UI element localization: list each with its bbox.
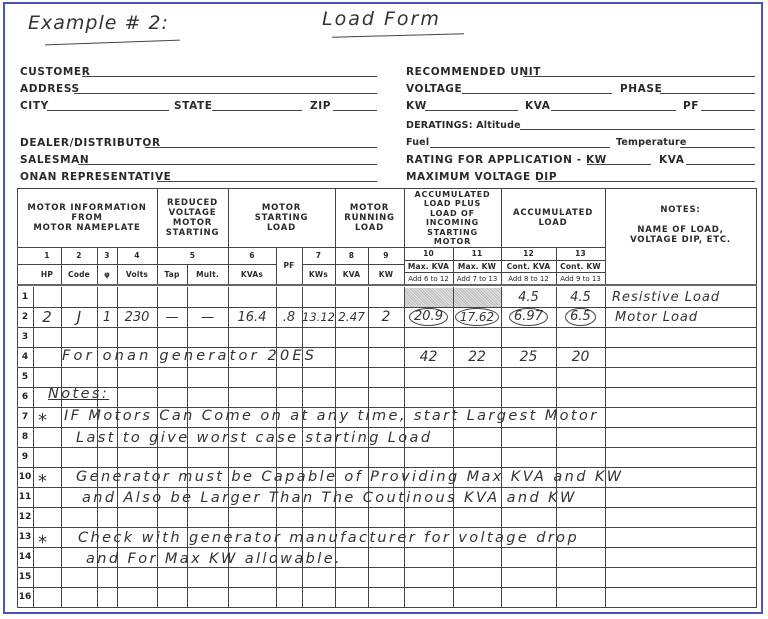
colnum-12: 12 <box>501 248 556 260</box>
pf-header: PF <box>276 248 302 284</box>
dealer-field[interactable] <box>145 147 377 148</box>
r2-mult: — <box>187 307 228 327</box>
customer-field[interactable] <box>82 76 377 77</box>
row-line-15 <box>17 587 757 588</box>
pf-label: PF <box>683 100 699 112</box>
address-label: ADDRESS <box>20 83 80 95</box>
col-phase: φ <box>97 265 117 284</box>
header-bottom-double <box>17 284 757 286</box>
hv-335 <box>335 188 336 284</box>
hv-228 <box>228 188 229 284</box>
note-1-star: * <box>38 410 49 431</box>
hv-157 <box>157 188 158 284</box>
rating-label: RATING FOR APPLICATION - KW <box>406 154 607 166</box>
city-field[interactable] <box>47 110 169 111</box>
formula-12: Add 8 to 12 <box>501 273 556 284</box>
r2-pf: .8 <box>276 307 302 327</box>
hv-501 <box>501 188 502 284</box>
notes-heading: Notes: <box>48 386 109 402</box>
form-title: Load Form <box>322 8 441 30</box>
group-notes: NOTES: NAME OF LOAD, VOLTAGE DIP, ETC. <box>605 195 756 255</box>
altitude-field[interactable] <box>520 129 755 130</box>
colnum-9: 9 <box>368 248 404 264</box>
col-run-kw: KW <box>368 265 404 284</box>
formula-13: Add 9 to 13 <box>556 273 605 284</box>
colnum-11: 11 <box>453 248 501 260</box>
hv-556 <box>556 247 557 284</box>
hv-368 <box>368 247 369 284</box>
colnum-13: 13 <box>556 248 605 260</box>
r2-max-kva: 20.9 <box>409 308 448 326</box>
kva-field[interactable] <box>551 110 676 111</box>
r2-note: Motor Load <box>615 307 756 327</box>
r4-max-kva: 42 <box>404 347 453 367</box>
formula-11: Add 7 to 13 <box>453 273 501 284</box>
row-line-5 <box>17 387 757 388</box>
group-accum-plus-incoming: ACCUMULATED LOAD PLUS LOAD OF INCOMING S… <box>404 190 501 246</box>
hatched-cell-max-kva <box>405 288 453 307</box>
r4-max-kw: 22 <box>453 347 501 367</box>
temperature-field[interactable] <box>680 147 755 148</box>
row-line-2 <box>17 327 757 328</box>
row-line-7 <box>17 427 757 428</box>
note-3-star: * <box>38 532 49 553</box>
example-title: Example # 2: <box>28 12 169 34</box>
dealer-label: DEALER/DISTRIBUTOR <box>20 137 161 149</box>
city-label: CITY <box>20 100 49 112</box>
onan-rep-label: ONAN REPRESENTATIVE <box>20 171 171 183</box>
r4-cont-kw: 20 <box>556 347 605 367</box>
r2-cont-kva-cell: 6.97 <box>501 307 556 327</box>
col-code: Code <box>61 265 97 284</box>
group-motor-starting: MOTOR STARTING LOAD <box>228 190 335 246</box>
table-bottom-border <box>17 607 757 608</box>
row-number: 1 <box>17 287 33 307</box>
kw-label: KW <box>406 100 427 112</box>
r2-kw: 2 <box>368 307 404 327</box>
colnum-5: 5 <box>157 248 228 264</box>
colnum-4: 4 <box>117 248 157 264</box>
address-field[interactable] <box>74 93 377 94</box>
col-max-kva: Max. KVA <box>404 261 453 272</box>
colnum-2: 2 <box>61 248 97 264</box>
r2-max-kva-cell: 20.9 <box>404 307 453 327</box>
hv-276 <box>276 247 277 284</box>
fuel-field[interactable] <box>430 147 610 148</box>
r2-kws: 13.12 <box>302 307 335 327</box>
formula-10: Add 6 to 12 <box>404 273 453 284</box>
row-number: 6 <box>17 387 33 407</box>
r4-generator-text: For onan generator 20ES <box>62 348 317 364</box>
note-3-line-1: Check with generator manufacturer for vo… <box>78 530 579 546</box>
hv-61 <box>61 247 62 284</box>
row-number: 9 <box>17 447 33 467</box>
row-number: 7 <box>17 407 33 427</box>
state-label: STATE <box>174 100 213 112</box>
table-top-border <box>17 188 757 189</box>
kva-label: KVA <box>525 100 550 112</box>
group-motor-running: MOTOR RUNNING LOAD <box>335 190 404 246</box>
note-3-line-2: and For Max KW allowable. <box>86 551 342 567</box>
col-kws: KWs <box>302 265 335 284</box>
col-run-kva: KVA <box>335 265 368 284</box>
row-number: 15 <box>17 567 33 587</box>
row-number: 5 <box>17 367 33 387</box>
r2-code: J <box>61 307 97 327</box>
deratings-label: DERATINGS: Altitude <box>406 120 521 131</box>
recommended-unit-label: RECOMMENDED UNIT <box>406 66 541 78</box>
group-accum-load: ACCUMULATED LOAD <box>501 190 605 246</box>
r2-hp: 2 <box>33 307 61 327</box>
hv-302 <box>302 247 303 284</box>
r2-volts: 230 <box>117 307 157 327</box>
r2-max-kw-cell: 17.62 <box>453 307 501 327</box>
row-number: 3 <box>17 327 33 347</box>
row-number: 2 <box>17 307 33 327</box>
max-dip-label: MAXIMUM VOLTAGE DIP <box>406 171 557 183</box>
customer-label: CUSTOMER <box>20 66 90 78</box>
r1-cont-kw: 4.5 <box>556 287 605 307</box>
hatched-cell-max-kw <box>454 288 501 307</box>
rating-kva-field[interactable] <box>686 164 755 165</box>
onan-rep-field[interactable] <box>157 181 377 182</box>
row-number: 11 <box>17 487 33 507</box>
r2-kva: 2.47 <box>335 307 368 327</box>
hv-404 <box>404 188 405 284</box>
colnum-6: 6 <box>228 248 276 264</box>
col-max-kw: Max. KW <box>453 261 501 272</box>
col-mult: Mult. <box>187 265 228 284</box>
row-line-9 <box>17 467 757 468</box>
colnum-8: 8 <box>335 248 368 264</box>
zip-field[interactable] <box>333 110 377 111</box>
col-hp: HP <box>33 265 61 284</box>
r2-cont-kva: 6.97 <box>509 308 548 326</box>
state-field[interactable] <box>212 110 302 111</box>
salesman-field[interactable] <box>78 164 377 165</box>
max-dip-field[interactable] <box>538 181 755 182</box>
colnum-1: 1 <box>33 248 61 264</box>
group-reduced-voltage: REDUCED VOLTAGE MOTOR STARTING <box>157 190 228 246</box>
fuel-label: Fuel <box>406 137 429 148</box>
table-right-border <box>756 188 757 607</box>
note-2-line-2: and Also be Larger Than The Coutinous KV… <box>82 490 577 506</box>
col-tap: Tap <box>157 265 187 284</box>
recommended-unit-field[interactable] <box>523 76 755 77</box>
r2-cont-kw-cell: 6.5 <box>556 307 605 327</box>
row-line-14 <box>17 567 757 568</box>
row-number: 13 <box>17 527 33 547</box>
row-line-4 <box>17 367 757 368</box>
r4-cont-kva: 25 <box>501 347 556 367</box>
zip-label: ZIP <box>310 100 331 112</box>
phase-label: PHASE <box>620 83 662 95</box>
row-number: 12 <box>17 507 33 527</box>
voltage-field[interactable] <box>462 93 612 94</box>
r1-cont-kva: 4.5 <box>501 287 556 307</box>
row-line-12 <box>17 527 757 528</box>
voltage-label: VOLTAGE <box>406 83 462 95</box>
phase-field[interactable] <box>660 93 755 94</box>
colnum-7: 7 <box>302 248 335 264</box>
row-line-10 <box>17 487 757 488</box>
colnum-3: 3 <box>97 248 117 264</box>
row-number: 16 <box>17 587 33 607</box>
hv-453 <box>453 247 454 284</box>
colnum-10: 10 <box>404 248 453 260</box>
r2-phase: 1 <box>97 307 117 327</box>
row-number: 14 <box>17 547 33 567</box>
row-line-8 <box>17 447 757 448</box>
note-2-star: * <box>38 471 49 492</box>
r2-max-kw: 17.62 <box>455 308 499 326</box>
row-number: 8 <box>17 427 33 447</box>
row-number: 10 <box>17 467 33 487</box>
col-volts: Volts <box>117 265 157 284</box>
row-line-11 <box>17 507 757 508</box>
rating-kw-field[interactable] <box>587 164 651 165</box>
kw-field[interactable] <box>425 110 518 111</box>
hv-97 <box>97 247 98 284</box>
hv-187 <box>187 264 188 284</box>
row-line-13 <box>17 547 757 548</box>
r2-tap: — <box>157 307 187 327</box>
note-1-line-1: IF Motors Can Come on at any time, start… <box>64 408 599 424</box>
col-cont-kw: Cont. KW <box>556 261 605 272</box>
hv-605 <box>605 188 606 284</box>
pf-field[interactable] <box>701 110 755 111</box>
hv-117 <box>117 247 118 284</box>
rating-kva-label: KVA <box>659 154 684 166</box>
r2-cont-kw: 6.5 <box>565 308 596 326</box>
row-number: 4 <box>17 347 33 367</box>
r1-note: Resistive Load <box>612 287 756 307</box>
note-1-line-2: Last to give worst case starting Load <box>76 430 432 446</box>
group-motor-info: MOTOR INFORMATION FROM MOTOR NAMEPLATE <box>17 190 157 246</box>
note-2-line-1: Generator must be Capable of Providing M… <box>76 469 624 485</box>
r2-kvas: 16.4 <box>228 307 276 327</box>
col-kvas: KVAs <box>228 265 276 284</box>
temperature-label: Temperature <box>616 137 687 148</box>
col-cont-kva: Cont. KVA <box>501 261 556 272</box>
